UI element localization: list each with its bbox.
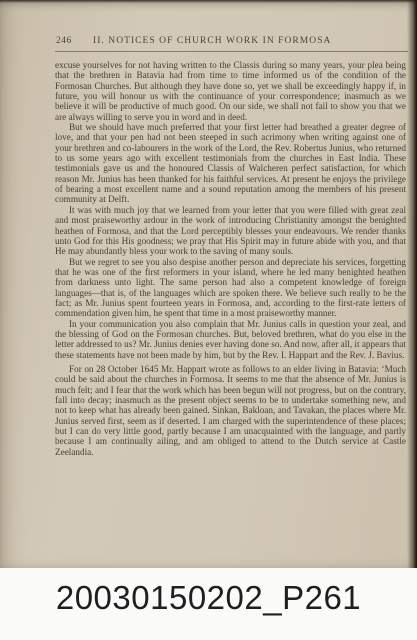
body-paragraph: But we regret to see you also despise an… [55, 257, 406, 319]
catalog-number: 20030150202_P261 [56, 579, 361, 617]
running-title: II. NOTICES OF CHURCH WORK IN FORMOSA [93, 36, 403, 46]
body-paragraph: For on 28 October 1645 Mr. Happart wrote… [55, 364, 406, 457]
scan-top-edge [0, 0, 417, 3]
body-paragraph: It was with much joy that we learned fro… [55, 205, 406, 257]
scan-right-edge [407, 0, 417, 568]
header-rule [55, 51, 408, 52]
body-text: excuse yourselves for not having written… [55, 60, 406, 457]
body-paragraph: But we should have much preferred that y… [55, 122, 406, 205]
scanned-book-page: 246 II. NOTICES OF CHURCH WORK IN FORMOS… [0, 0, 417, 640]
catalog-strip: 20030150202_P261 [0, 568, 417, 640]
body-paragraph: excuse yourselves for not having written… [55, 60, 406, 122]
body-paragraph: In your communication you also complain … [55, 319, 406, 360]
book-page: 246 II. NOTICES OF CHURCH WORK IN FORMOS… [0, 0, 417, 568]
running-header: 246 II. NOTICES OF CHURCH WORK IN FORMOS… [56, 36, 403, 46]
page-number: 246 [56, 36, 93, 46]
